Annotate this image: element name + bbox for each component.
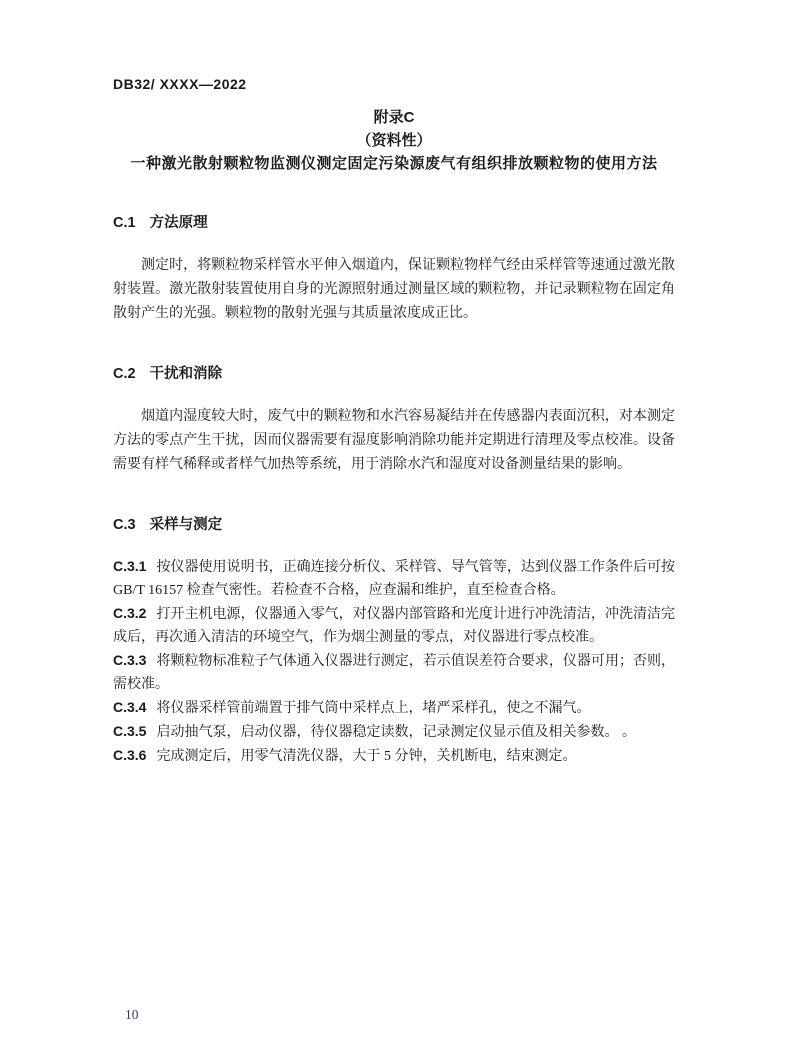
- section-number: C.1: [113, 213, 136, 233]
- clause-number: C.3.4: [113, 699, 146, 715]
- appendix-heading-block: 附录C （资料性） 一种激光散射颗粒物监测仪测定固定污染源废气有组织排放颗粒物的…: [113, 106, 675, 175]
- page-number: 10: [125, 1007, 139, 1023]
- appendix-type: （资料性）: [113, 129, 675, 152]
- section-heading-c1: C.1方法原理: [113, 213, 675, 233]
- clause-c3-4: C.3.4将仪器采样管前端置于排气筒中采样点上，堵严采样孔，使之不漏气。: [113, 696, 675, 720]
- section-heading-c3: C.3采样与测定: [113, 515, 675, 535]
- section-title: 方法原理: [150, 215, 208, 231]
- clause-text: 打开主机电源，仪器通入零气，对仪器内部管路和光度计进行冲洗清洁，冲洗清洁完成后，…: [113, 607, 675, 645]
- appendix-label: 附录C: [113, 106, 675, 129]
- standard-number: DB32/ XXXX—2022: [113, 76, 675, 92]
- section-title: 干扰和消除: [150, 366, 223, 382]
- section-c2-paragraph: 烟道内湿度较大时，废气中的颗粒物和水汽容易凝结并在传感器内表面沉积，对本测定方法…: [113, 405, 675, 477]
- clause-c3-2: C.3.2打开主机电源，仪器通入零气，对仪器内部管路和光度计进行冲洗清洁，冲洗清…: [113, 602, 675, 649]
- clause-c3-5: C.3.5启动抽气泵，启动仪器，待仪器稳定读数，记录测定仪显示值及相关参数。 。: [113, 720, 675, 744]
- section-number: C.2: [113, 364, 136, 384]
- clause-c3-6: C.3.6完成测定后，用零气清洗仪器，大于 5 分钟，关机断电，结束测定。: [113, 744, 675, 768]
- appendix-title: 一种激光散射颗粒物监测仪测定固定污染源废气有组织排放颗粒物的使用方法: [113, 152, 675, 175]
- section-heading-c2: C.2干扰和消除: [113, 364, 675, 384]
- clause-c3-1: C.3.1按仪器使用说明书，正确连接分析仪、采样管、导气管等，达到仪器工作条件后…: [113, 555, 675, 602]
- clause-number: C.3.5: [113, 723, 146, 739]
- clause-number: C.3.6: [113, 747, 146, 763]
- clause-text: 启动抽气泵，启动仪器，待仪器稳定读数，记录测定仪显示值及相关参数。 。: [156, 725, 636, 740]
- section-c1-paragraph: 测定时，将颗粒物采样管水平伸入烟道内，保证颗粒物样气经由采样管等速通过激光散射装…: [113, 254, 675, 326]
- clause-text: 按仪器使用说明书，正确连接分析仪、采样管、导气管等，达到仪器工作条件后可按 GB…: [113, 560, 675, 598]
- clause-text: 将颗粒物标准粒子气体通入仪器进行测定，若示值误差符合要求，仪器可用；否则，需校准…: [113, 654, 675, 692]
- clause-text: 将仪器采样管前端置于排气筒中采样点上，堵严采样孔，使之不漏气。: [156, 701, 590, 716]
- clause-number: C.3.2: [113, 605, 146, 621]
- clause-text: 完成测定后，用零气清洗仪器，大于 5 分钟，关机断电，结束测定。: [156, 749, 576, 764]
- clause-number: C.3.1: [113, 558, 146, 574]
- document-page: DB32/ XXXX—2022 附录C （资料性） 一种激光散射颗粒物监测仪测定…: [0, 0, 788, 1037]
- section-title: 采样与测定: [150, 517, 223, 533]
- section-number: C.3: [113, 515, 136, 535]
- clause-c3-3: C.3.3将颗粒物标准粒子气体通入仪器进行测定，若示值误差符合要求，仪器可用；否…: [113, 649, 675, 696]
- clause-number: C.3.3: [113, 652, 146, 668]
- section-c3-clauses: C.3.1按仪器使用说明书，正确连接分析仪、采样管、导气管等，达到仪器工作条件后…: [113, 555, 675, 768]
